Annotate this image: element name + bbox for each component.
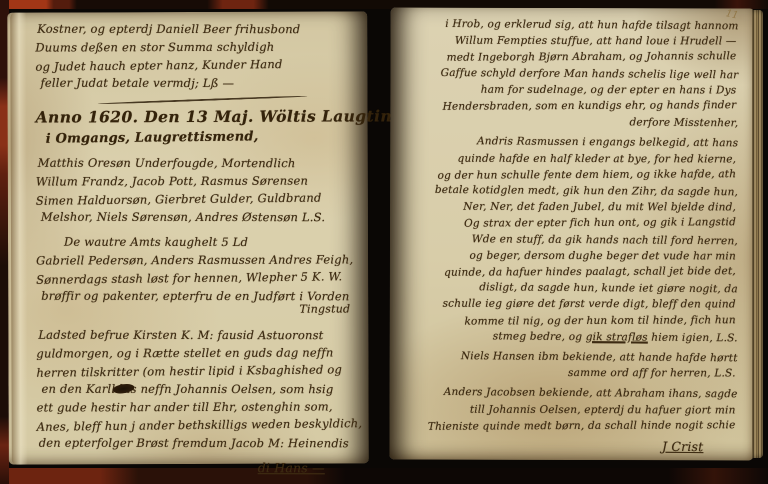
manuscript-line: Gaffue schyld derfore Man hands schelis … [419, 64, 738, 83]
manuscript-line: Duums deßen en stor Summa schyldigh [35, 37, 355, 56]
pen-flourish [38, 99, 358, 107]
manuscript-line: disligt, da sagde hun, kunde iet giøre n… [416, 279, 738, 298]
manuscript-paragraph: Anno 1620. Den 13 Maj. Wöltis Laugtingi … [36, 98, 356, 147]
manuscript-line: Willum Frandz, Jacob Pott, Rasmus Sørens… [36, 171, 356, 190]
right-page-text: i Hrob, og erklerud sig, att hun hafde t… [413, 17, 736, 459]
manuscript-line: ham for sudelnage, og der epter en hans … [414, 81, 736, 98]
manuscript-line: Sønnerdags stash løst for hennen, Wlephe… [36, 267, 356, 289]
manuscript-line: herren tilskritter (om hestir lipid i Ks… [36, 360, 356, 382]
manuscript-line: medt Ingeborgh Bjørn Abraham, og Johanni… [414, 49, 736, 67]
manuscript-paragraph: Matthis Oresøn Underfougde, MortendlichW… [36, 153, 356, 226]
manuscript-line: Anes, bleff hun j ander bethskilligs wed… [37, 414, 357, 436]
manuscript-paragraph: J Crist [413, 438, 735, 455]
manuscript-line: Ner, Ner, det faden Jubel, du mit Wel bj… [414, 199, 736, 216]
manuscript-left-page: Kostner, og epterdj Daniell Beer frihusb… [7, 11, 369, 464]
manuscript-line: Andris Rasmussen i engangs belkegid, att… [416, 133, 738, 152]
manuscript-line: Anders Jacobsen bekiende, att Abraham ih… [416, 384, 738, 403]
manuscript-line: De wautre Amts kaughelt 5 Ld [64, 233, 358, 252]
manuscript-line: Gabriell Pedersøn, Anders Rasmussen Andr… [36, 250, 356, 269]
manuscript-line: Kostner, og epterdj Daniell Beer frihusb… [37, 20, 357, 39]
manuscript-line: komme til nig, og der hun kom til hinde,… [417, 312, 736, 330]
date-heading: Anno 1620. Den 13 Maj. Wöltis Laugting [36, 105, 356, 128]
manuscript-line: schulle ieg giøre det først verde digt, … [414, 296, 736, 313]
manuscript-line: derfore Misstenher, [416, 113, 738, 132]
page-edge-stack [752, 10, 763, 458]
manuscript-book-spread: Kostner, og epterdj Daniell Beer frihusb… [0, 0, 768, 484]
manuscript-line: Melshor, Niels Sørensøn, Andres Østensøn… [41, 208, 358, 227]
manuscript-line: og beger, dersom dughe beger det vude ha… [417, 247, 736, 264]
manuscript-line: i Hrob, og erklerud sig, att hun hafde t… [416, 16, 738, 35]
manuscript-line: Matthis Oresøn Underfougde, Mortendlich [38, 154, 358, 173]
manuscript-paragraph: i Hrob, og erklerud sig, att hun hafde t… [414, 17, 736, 131]
date-heading-subline: i Omgangs, Laugrettismend, [46, 126, 356, 149]
manuscript-right-page: 11 i Hrob, og erklerud sig, att hun hafd… [389, 8, 754, 461]
underlined-phrase: gik strafløs [586, 331, 648, 343]
manuscript-line: den epterfolger Brøst fremdum Jacob M: H… [39, 434, 359, 453]
manuscript-paragraph: De wautre Amts kaughelt 5 LdGabriell Ped… [36, 232, 356, 319]
manuscript-line: Wde en stuff, da gik hands nach till for… [416, 230, 738, 249]
manuscript-line: feller Judat betale vermdj; Lß — [40, 74, 357, 93]
manuscript-line: samme ord aff for herren, L.S. [414, 365, 736, 382]
manuscript-paragraph: Kostner, og epterdj Daniell Beer frihusb… [35, 19, 355, 92]
manuscript-line: Ladsted befrue Kirsten K. M: fausid Astu… [38, 326, 358, 345]
left-page-text: Kostner, og epterdj Daniell Beer frihusb… [35, 19, 357, 484]
manuscript-line: og Judet hauch epter hanz, Kunder Hand [35, 54, 355, 76]
signature-mark: di Hans — [39, 459, 325, 477]
catchword-signature: J Crist [415, 437, 703, 455]
manuscript-line: en den Karll bis neffn Johannis Oelsen, … [42, 380, 359, 399]
manuscript-line: betale kotidglen medt, gik hun den Zihr,… [419, 182, 738, 201]
manuscript-line: brøffir og pakenter, epterfru de en Judf… [41, 287, 358, 306]
manuscript-paragraph: Andris Rasmussen i engangs belkegid, att… [414, 134, 737, 345]
manuscript-line: Niels Hansen ibm bekiende, att hande haf… [416, 348, 738, 367]
manuscript-paragraph: di Hans — [37, 458, 357, 477]
manuscript-line: stmeg bedre, og gik strafløs hiem igien,… [416, 328, 738, 347]
left-page-fold-shadow [10, 13, 28, 465]
manuscript-paragraph: Niels Hansen ibm bekiende, att hande haf… [414, 349, 736, 382]
manuscript-line: Willum Fempties stuffue, att hand loue i… [414, 33, 736, 50]
manuscript-line: Simen Halduorsøn, Gierbret Gulder, Guldb… [36, 188, 356, 210]
manuscript-line: Thieniste quinde medt børn, da schall hi… [413, 417, 735, 435]
manuscript-line: till Johannis Oelsen, epterdj du hafuer … [414, 401, 736, 418]
manuscript-paragraph: Ladsted befrue Kirsten K. M: fausid Astu… [36, 325, 356, 452]
manuscript-line: ett gude hestir har ander till Ehr, oste… [37, 397, 357, 416]
manuscript-line: guldmorgen, og i Rætte stellet en guds d… [36, 343, 356, 362]
manuscript-paragraph: Anders Jacobsen bekiende, att Abraham ih… [413, 385, 735, 434]
manuscript-line: quinde hafde en half kleder at bye, for … [414, 150, 736, 167]
manuscript-line: Og strax der epter fich hun ont, og gik … [414, 215, 736, 233]
